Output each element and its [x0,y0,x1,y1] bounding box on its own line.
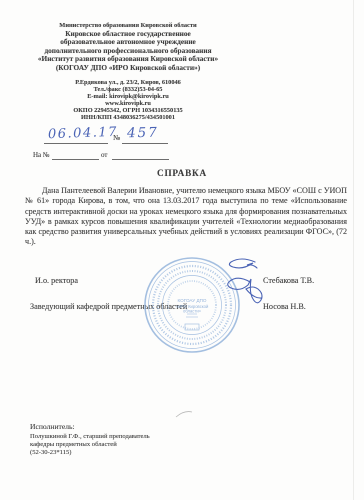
scan-edge-line [353,0,354,500]
inn-kpp-line: ИНН/КПП 4348036275/434501001 [14,114,242,121]
executor-label: Исполнитель: [30,422,75,431]
ot-blank [112,159,169,160]
scanned-document-page: Министерство образования Кировской облас… [0,0,364,500]
signature-strokes [210,248,290,318]
signer-position-rector: И.о. ректора [35,276,78,285]
handwritten-date: 06.04.17 [48,125,118,142]
number-sign: № [113,133,120,142]
org-short-name-line: (КОГОАУ ДПО «ИРО Кировской области») [14,64,242,73]
handwritten-number: 457 [127,125,159,142]
stamp-center-text-1: КОГОАУ ДПО [178,298,207,303]
executor-department-line: кафедры предметных областей [30,441,230,449]
date-underline [44,143,108,144]
nosova-signature-path [228,278,262,303]
website-line: www.kirovipk.ru [14,100,242,107]
na-number-label: На № [33,151,50,159]
executor-name-line: Полушкиной Г.Ф., старший преподаватель [30,433,230,441]
stamp-center-text-3: области» [183,309,202,314]
na-number-blank [52,159,99,160]
ot-label: от [101,151,107,159]
contact-block: Р.Ердякова ул., д. 23/2, Киров, 610046 Т… [14,79,242,122]
executor-details: Полушкиной Г.Ф., старший преподаватель к… [30,433,230,457]
phone-line: Тел./факс (8332)53-04-65 [14,86,242,93]
email-line: E-mail: kirovipk@kirovipk.ru [14,93,242,100]
document-title: СПРАВКА [0,168,364,178]
letterhead: Министерство образования Кировской облас… [14,22,242,72]
number-underline [122,143,168,144]
okpo-ogrn-line: ОКПО 22945342, ОГРН 1034316550135 [14,107,242,114]
executor-phone-line: (52-30-23*115) [30,449,230,457]
stray-pen-mark [174,406,194,416]
signatures-graphic [210,248,290,318]
body-paragraph: Дана Пантелеевой Валерии Ивановне, учите… [25,186,347,248]
stebakova-signature-path [229,259,257,268]
